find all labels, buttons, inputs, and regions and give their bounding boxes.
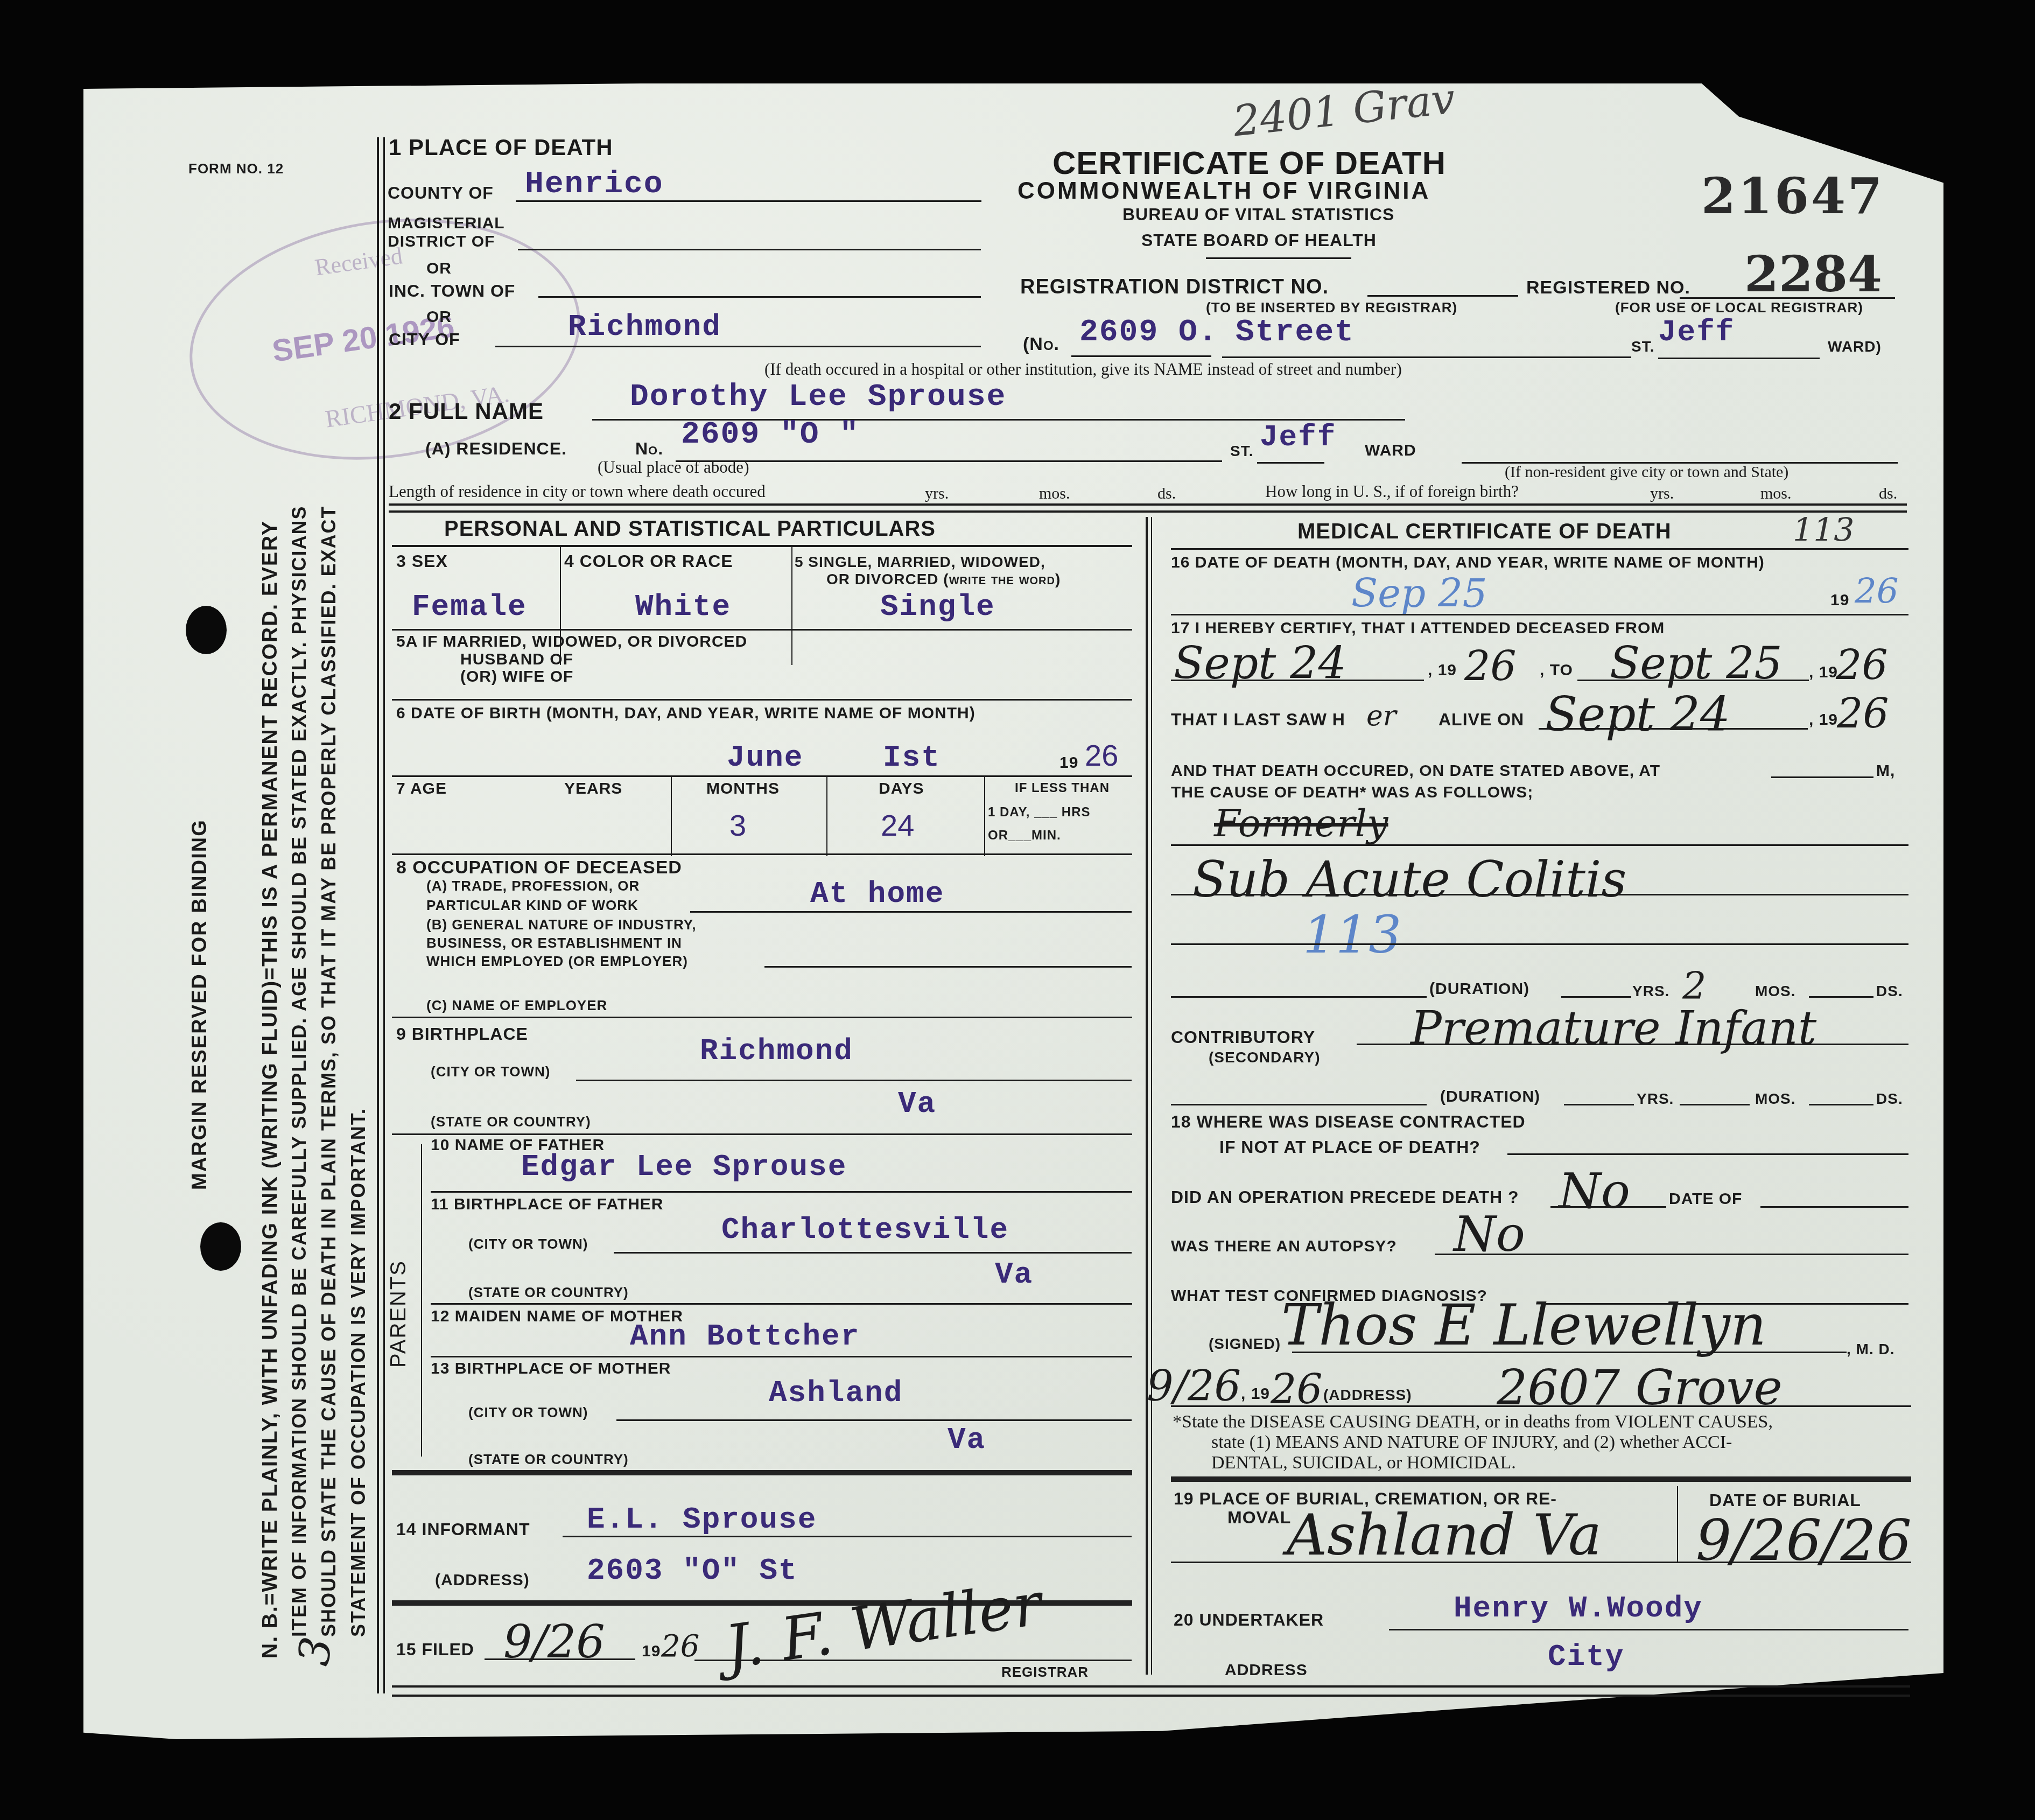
cause-of-death: Sub Acute Colitis (1192, 851, 1627, 908)
county-label: COUNTY OF (388, 183, 494, 203)
cause-line-1 (1171, 844, 1908, 846)
cause-struck: Formerly (1214, 801, 1388, 845)
column-divider (1146, 517, 1148, 1675)
mother-state-label: (STATE OR COUNTRY) (468, 1451, 629, 1468)
occupation-line (690, 911, 1132, 913)
parents-side-label: PARENTS (387, 1260, 411, 1368)
row-rule-16 (1171, 614, 1908, 615)
margin-instructions-line-3: SHOULD STATE THE CAUSE OF DEATH IN PLAIN… (318, 506, 340, 1637)
foreign-yrs: yrs. (1650, 485, 1674, 503)
date-of-death-label: 16 DATE OF DEATH (MONTH, DAY, AND YEAR, … (1171, 554, 1765, 572)
magisterial-label: MAGISTERIAL (388, 214, 505, 233)
years-label: YEARS (564, 780, 622, 798)
mother-birth-state: Va (948, 1423, 986, 1457)
board-title: STATE BOARD OF HEALTH (1141, 230, 1377, 250)
marital-label-1: 5 SINGLE, MARRIED, WIDOWED, (795, 554, 1045, 571)
row-rule-9 (392, 1133, 1132, 1135)
duration-2-pre-yrs-line (1564, 1104, 1634, 1105)
birth-city-line (576, 1080, 1132, 1081)
nonresident-note: (If non-resident give city or town and S… (1505, 463, 1788, 481)
residence-ward-label: WARD (1365, 442, 1416, 460)
residence-no-label: No. (635, 439, 663, 459)
less-than-3: OR___MIN. (988, 828, 1061, 843)
attended-from-date: Sept 24 (1174, 638, 1346, 689)
race-marital-divider (791, 547, 792, 665)
father-city-line (614, 1252, 1132, 1254)
physician-address: 2607 Grove (1497, 1360, 1783, 1416)
left-double-rule-2 (383, 137, 385, 1693)
marital-value: Single (880, 590, 995, 624)
days-hours-divider (984, 776, 985, 856)
foreign-birth-label: How long in U. S., if of foreign birth? (1265, 482, 1519, 501)
duration-2-yrs-label: YRS. (1637, 1090, 1674, 1108)
hospital-note: (If death occured in a hospital or other… (764, 360, 1402, 379)
cause-line-3 (1171, 943, 1908, 945)
physician-address-line (1171, 1405, 1911, 1407)
informant-line (563, 1536, 1132, 1537)
signed-line (1292, 1352, 1847, 1353)
duration-label-2: (DURATION) (1440, 1088, 1540, 1106)
cause-label: THE CAUSE OF DEATH* WAS AS FOLLOWS; (1171, 783, 1533, 802)
filed-label: 15 FILED (396, 1640, 474, 1660)
sex-label: 3 SEX (396, 551, 448, 571)
to-label: , TO (1540, 661, 1573, 680)
operation-value: No (1559, 1163, 1630, 1220)
burial-date: 9/26/26 (1696, 1508, 1912, 1573)
cause-line-2 (1171, 894, 1908, 895)
ward-label: WARD) (1828, 338, 1882, 355)
attended-to-line (1577, 680, 1809, 681)
registration-district-note: (TO BE INSERTED BY REGISTRAR) (1206, 299, 1457, 316)
margin-instructions-line-1: N. B.=WRITE PLAINLY, WITH UNFADING INK (… (258, 520, 282, 1658)
less-than-2: 1 DAY, ___ HRS (988, 805, 1091, 820)
inc-town-label: INC. TOWN OF (389, 281, 515, 301)
marital-label-2: OR DIVORCED (write the word) (826, 571, 1061, 588)
duration-label: (DURATION) (1429, 980, 1529, 998)
to-year: 26 (1836, 641, 1888, 689)
father-birth-label: 11 BIRTHPLACE OF FATHER (431, 1195, 663, 1214)
operation-label: DID AN OPERATION PRECEDE DEATH ? (1171, 1187, 1519, 1207)
from-year-prefix: , 19 (1428, 661, 1457, 680)
informant-label: 14 INFORMANT (396, 1520, 530, 1539)
residence-line (676, 460, 1222, 462)
months-days-divider (826, 776, 827, 856)
duration-2-ds-label: DS. (1876, 1090, 1903, 1108)
alive-on-label: ALIVE ON (1438, 710, 1524, 730)
age-days-value: 24 (881, 808, 914, 843)
spouse-label-3: (OR) WIFE OF (460, 668, 573, 686)
occupation-value: At home (810, 877, 944, 911)
last-saw-year-prefix: , 19 (1809, 711, 1838, 729)
race-value: White (635, 590, 731, 624)
residence-label: (A) RESIDENCE. (425, 439, 567, 459)
industry-line (764, 966, 1132, 968)
informant-address: 2603 "O" St (587, 1553, 798, 1588)
mother-name: Ann Bottcher (630, 1319, 860, 1354)
occupation-b-1: (B) GENERAL NATURE OF INDUSTRY, (426, 916, 696, 933)
street-line (1222, 356, 1631, 358)
abode-note: (Usual place of abode) (598, 458, 749, 477)
street-st-label: ST. (1631, 338, 1654, 355)
to-year-prefix: , 19 (1809, 663, 1838, 682)
footnote-line-1: *State the DISEASE CAUSING DEATH, or in … (1173, 1412, 1773, 1432)
duration-mos-label: MOS. (1755, 983, 1796, 1000)
street-no-line (1071, 355, 1211, 357)
residence-ward: Jeff (1260, 420, 1336, 454)
district-label: DISTRICT OF (388, 233, 495, 251)
certify-label: 17 I HEREBY CERTIFY, THAT I ATTENDED DEC… (1171, 619, 1665, 638)
duration-2-yrs-line (1680, 1104, 1750, 1105)
section-rule-top (389, 503, 1907, 506)
place-of-death-heading: 1 PLACE OF DEATH (389, 135, 613, 160)
signed-label: (SIGNED) (1209, 1335, 1281, 1353)
age-months-value: 3 (729, 808, 746, 843)
punch-hole-bottom (200, 1222, 241, 1271)
where-contracted-line (1507, 1153, 1908, 1155)
physician-signature: Thos E Llewellyn (1281, 1292, 1766, 1358)
filed-date: 9/26 (503, 1615, 605, 1668)
registration-district-line (1367, 295, 1518, 297)
bureau-title: BUREAU OF VITAL STATISTICS (1122, 205, 1394, 225)
secondary-label: (SECONDARY) (1209, 1049, 1321, 1066)
father-city-label: (CITY OR TOWN) (468, 1236, 588, 1252)
where-contracted-label: 18 WHERE WAS DISEASE CONTRACTED (1171, 1112, 1526, 1132)
margin-instructions-line-4: STATEMENT OF OCCUPATION IS VERY IMPORTAN… (347, 1108, 370, 1637)
row-rule-3 (392, 629, 1132, 631)
filed-year: 26 (661, 1629, 699, 1664)
registered-no-label: REGISTERED NO. (1526, 277, 1690, 298)
duration-pre-yrs-line (1561, 996, 1631, 998)
registrar-line (694, 1660, 1132, 1661)
dob-label: 6 DATE OF BIRTH (MONTH, DAY, AND YEAR, W… (396, 704, 976, 723)
length-of-residence-label: Length of residence in city or town wher… (389, 482, 766, 501)
mother-birth-city: Ashland (769, 1376, 903, 1410)
undertaker-label: 20 UNDERTAKER (1174, 1610, 1324, 1630)
last-saw-date: Sept 24 (1545, 687, 1730, 742)
length-mos: mos. (1039, 485, 1070, 503)
contributory-label: CONTRIBUTORY (1171, 1027, 1315, 1047)
last-saw-year: 26 (1837, 689, 1889, 737)
duration-2-mos-label: MOS. (1755, 1090, 1796, 1108)
death-ward: Jeff (1658, 315, 1735, 349)
birth-city: Richmond (700, 1034, 853, 1068)
duration-line-2 (1171, 1104, 1427, 1105)
duration-yrs-label: YRS. (1632, 983, 1669, 1000)
registered-number: 2284 (1744, 245, 1882, 303)
or-label-2: OR (426, 308, 452, 326)
filed-date-line (485, 1658, 635, 1660)
age-label: 7 AGE (396, 780, 447, 798)
parents-bottom-rule (392, 1470, 1132, 1475)
years-months-divider (671, 776, 672, 856)
mother-city-line (616, 1419, 1132, 1421)
operation-date-label: DATE OF (1669, 1190, 1742, 1208)
autopsy-line (1435, 1254, 1908, 1255)
bottom-rule-2 (392, 1695, 1910, 1697)
occupation-label: 8 OCCUPATION OF DECEASED (396, 857, 682, 878)
parents-divider (421, 1144, 422, 1457)
spouse-label-1: 5A IF MARRIED, WIDOWED, OR DIVORCED (396, 633, 747, 651)
death-street-name: Street (1236, 315, 1355, 350)
county-value: Henrico (525, 167, 664, 202)
dod-year-prefix: 19 (1830, 591, 1849, 610)
employer-label: (C) NAME OF EMPLOYER (426, 997, 607, 1014)
cause-note: 113 (1303, 905, 1401, 965)
occurred-time-line (1771, 776, 1873, 778)
occurred-label: AND THAT DEATH OCCURED, ON DATE STATED A… (1171, 762, 1660, 780)
from-year: 26 (1464, 642, 1517, 690)
foreign-ds: ds. (1879, 485, 1897, 503)
dob-day: Ist (883, 740, 941, 775)
row-rule-11 (431, 1303, 1132, 1305)
spouse-label-2: HUSBAND OF (460, 650, 573, 669)
birth-state-label: (STATE OR COUNTRY) (431, 1114, 591, 1130)
duration-mos-line (1809, 996, 1873, 998)
less-than-1: IF LESS THAN (1015, 781, 1110, 796)
length-yrs: yrs. (925, 485, 949, 503)
birthplace-label: 9 BIRTHPLACE (396, 1024, 528, 1044)
margin-binding-note: MARGIN RESERVED FOR BINDING (188, 819, 212, 1190)
title-underline (1206, 257, 1351, 259)
section-rule-top-2 (389, 510, 1907, 513)
occupation-b-2: BUSINESS, OR ESTABLISHMENT IN (426, 935, 682, 951)
inc-town-line (538, 296, 981, 298)
city-label: CITY OF (389, 330, 460, 349)
signed-year-prefix: , 19 (1241, 1385, 1270, 1403)
informant-name: E.L. Sprouse (587, 1502, 817, 1537)
undertaker-name: Henry W.Woody (1454, 1591, 1703, 1626)
burial-line (1171, 1562, 1911, 1563)
dod-year: 26 (1855, 572, 1898, 612)
medical-heading-rule (1171, 548, 1908, 550)
footnote-line-2: state (1) MEANS AND NATURE OF INJURY, an… (1211, 1432, 1732, 1453)
row-rule-12 (431, 1356, 1132, 1357)
father-name: Edgar Lee Sprouse (521, 1150, 847, 1184)
dob-year-prefix: 19 (1059, 754, 1078, 772)
county-line (516, 200, 981, 202)
sex-value: Female (412, 590, 527, 624)
medical-bottom-rule (1171, 1476, 1911, 1482)
residence-st-label: ST. (1230, 443, 1253, 460)
column-divider-2 (1151, 517, 1152, 1675)
date-of-death-value: Sep 25 (1351, 571, 1487, 616)
birth-state: Va (898, 1087, 936, 1121)
registered-no-note: (FOR USE OF LOCAL REGISTRAR) (1615, 299, 1863, 316)
medical-heading-note: 113 (1793, 512, 1855, 549)
burial-place: Ashland Va (1287, 1502, 1602, 1568)
district-line (518, 249, 981, 250)
attended-to-date: Sept 25 (1610, 638, 1783, 689)
months-label: MONTHS (706, 780, 780, 798)
operation-line (1550, 1206, 1666, 1208)
duration-ds-label: DS. (1876, 983, 1903, 1000)
street-no-label: (No. (1023, 334, 1059, 355)
father-birth-city: Charlottesville (721, 1213, 1009, 1247)
medical-heading: MEDICAL CERTIFICATE OF DEATH (1297, 520, 1672, 544)
md-label: , M. D. (1847, 1341, 1894, 1358)
days-label: DAYS (879, 780, 924, 798)
full-name-value: Dorothy Lee Sprouse (630, 380, 1006, 415)
m-label: M, (1876, 762, 1895, 780)
mother-birth-label: 13 BIRTHPLACE OF MOTHER (431, 1360, 671, 1378)
contributory-value: Premature Infant (1411, 1002, 1816, 1055)
informant-address-label: (ADDRESS) (435, 1571, 530, 1590)
duration-line (1171, 996, 1427, 998)
birth-city-label: (CITY OR TOWN) (431, 1063, 550, 1080)
mother-city-label: (CITY OR TOWN) (468, 1404, 588, 1421)
city-value: Richmond (568, 310, 721, 344)
certificate-number: 21647 (1701, 167, 1884, 225)
ward-line (1658, 358, 1820, 359)
occupation-a-2: PARTICULAR KIND OF WORK (426, 897, 638, 914)
duration-2-mos-line (1809, 1104, 1873, 1105)
footnote-line-3: DENTAL, SUICIDAL, or HOMICIDAL. (1211, 1453, 1516, 1473)
occupation-a-1: (A) TRADE, PROFESSION, OR (426, 878, 640, 894)
punch-hole-top (186, 606, 227, 654)
operation-date-line (1760, 1206, 1908, 1208)
last-saw-pronoun: er (1366, 700, 1397, 732)
commonwealth-title: COMMONWEALTH OF VIRGINIA (1017, 178, 1430, 205)
dob-month: June (727, 740, 803, 775)
undertaker-address-label: ADDRESS (1225, 1661, 1308, 1679)
row-rule-8 (392, 1017, 1132, 1018)
burial-divider (1677, 1486, 1678, 1562)
length-ds: ds. (1157, 485, 1176, 503)
contributory-line (1357, 1044, 1908, 1045)
occupation-b-3: WHICH EMPLOYED (OR EMPLOYER) (426, 953, 688, 970)
bottom-rule-1 (392, 1685, 1910, 1688)
margin-instructions-line-2: ITEM OF INFORMATION SHOULD BE CAREFULLY … (288, 506, 311, 1637)
row-rule-6 (392, 775, 1132, 777)
father-birth-state: Va (995, 1257, 1033, 1292)
row-rule-5a (392, 699, 1132, 701)
registration-district-label: REGISTRATION DISTRICT NO. (1020, 276, 1329, 299)
foreign-mos: mos. (1760, 485, 1792, 503)
form-number: FORM NO. 12 (188, 160, 284, 177)
undertaker-line (1389, 1629, 1908, 1630)
residence-ward-line (1257, 462, 1324, 464)
registrar-label: REGISTRAR (1001, 1664, 1089, 1681)
personal-heading: PERSONAL AND STATISTICAL PARTICULARS (444, 517, 936, 541)
row-rule-10 (431, 1191, 1132, 1193)
last-saw-label: THAT I LAST SAW H (1171, 710, 1345, 730)
filed-year-prefix: 19 (642, 1642, 661, 1661)
undertaker-address: City (1548, 1640, 1624, 1674)
attended-from-line (1171, 680, 1424, 681)
if-not-label: IF NOT AT PLACE OF DEATH? (1219, 1137, 1480, 1157)
left-double-rule (377, 137, 379, 1693)
certificate-title: CERTIFICATE OF DEATH (1052, 144, 1446, 181)
full-name-label: 2 FULL NAME (389, 398, 544, 424)
dob-year: 26 (1085, 738, 1118, 773)
last-saw-line (1539, 728, 1808, 730)
autopsy-label: WAS THERE AN AUTOPSY? (1171, 1237, 1397, 1256)
signed-date: 9/26 (1147, 1362, 1241, 1411)
death-street-number: 2609 O. (1079, 315, 1218, 350)
race-label: 4 COLOR OR RACE (564, 551, 733, 571)
city-line (495, 346, 981, 347)
row-rule-7 (392, 853, 1132, 855)
father-state-label: (STATE OR COUNTRY) (468, 1284, 629, 1301)
or-label-1: OR (426, 260, 452, 278)
physician-address-label: (ADDRESS) (1323, 1387, 1412, 1404)
burial-place-label-2: MOVAL (1227, 1508, 1291, 1528)
residence-number: 2609 "O " (681, 417, 859, 452)
personal-heading-rule (392, 545, 1132, 547)
